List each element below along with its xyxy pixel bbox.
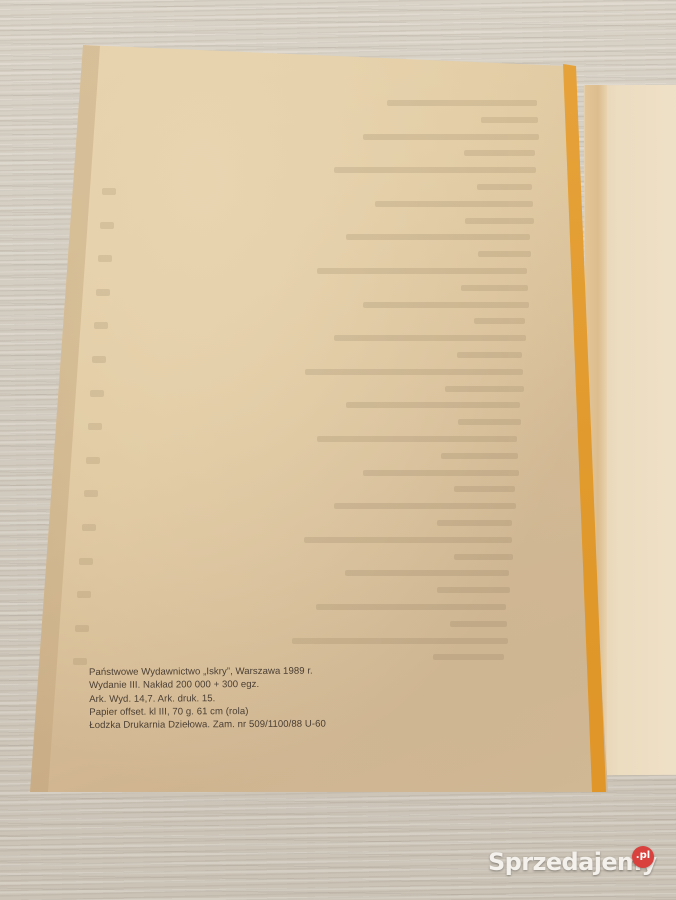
bleed-page-number bbox=[90, 390, 104, 397]
bleed-page-number bbox=[92, 356, 106, 363]
bleed-line bbox=[334, 335, 526, 341]
bleed-line bbox=[441, 453, 518, 459]
bleed-page-number bbox=[88, 423, 102, 430]
bleed-line bbox=[375, 201, 533, 207]
bleed-line bbox=[304, 537, 512, 543]
bleed-line bbox=[317, 268, 527, 274]
bleed-line bbox=[345, 570, 509, 576]
bleed-page-number bbox=[94, 322, 108, 329]
bleed-page-number bbox=[86, 457, 100, 464]
bleed-line bbox=[334, 167, 536, 173]
bleed-page-number bbox=[79, 558, 93, 565]
colophon-imprint: Państwowe Wydawnictwo „Iskry”, Warszawa … bbox=[89, 665, 326, 733]
bleed-line bbox=[387, 100, 537, 106]
bleed-page-number bbox=[96, 289, 110, 296]
watermark-badge: .pl bbox=[632, 846, 654, 868]
bleed-line bbox=[445, 386, 524, 392]
bleed-line bbox=[474, 318, 525, 324]
bleed-page-number bbox=[84, 490, 98, 497]
bleed-line bbox=[363, 470, 519, 476]
bleed-line bbox=[433, 654, 504, 660]
bleed-page-number bbox=[73, 658, 87, 665]
bleed-line bbox=[458, 419, 521, 425]
bleed-line bbox=[305, 369, 523, 375]
bleed-page-number bbox=[102, 188, 116, 195]
imprint-line: Łodzka Drukarnia Dziełowa. Zam. nr 509/1… bbox=[89, 718, 326, 733]
bleed-line bbox=[346, 402, 520, 408]
bleed-line bbox=[454, 554, 513, 560]
bleed-page-number bbox=[75, 625, 89, 632]
bleed-line bbox=[481, 117, 538, 123]
bleed-line bbox=[465, 218, 534, 224]
bleed-line bbox=[317, 436, 517, 442]
bleed-line bbox=[457, 352, 522, 358]
bleed-page-number bbox=[98, 255, 112, 262]
watermark-logo: Sprzedajemy bbox=[488, 848, 656, 876]
bleed-line bbox=[292, 638, 508, 644]
bleed-line bbox=[437, 587, 510, 593]
bleed-line bbox=[346, 234, 530, 240]
imprint-line: Państwowe Wydawnictwo „Iskry”, Warszawa … bbox=[89, 665, 326, 680]
bleed-line bbox=[450, 621, 507, 627]
bleed-line bbox=[461, 285, 528, 291]
bleed-line bbox=[363, 302, 529, 308]
bleed-page-number bbox=[82, 524, 96, 531]
bleed-line bbox=[478, 251, 531, 257]
bleed-line bbox=[363, 134, 539, 140]
bleed-line bbox=[464, 150, 535, 156]
bleed-line bbox=[454, 486, 515, 492]
bleed-page-number bbox=[77, 591, 91, 598]
bleed-line bbox=[477, 184, 532, 190]
bleed-line bbox=[316, 604, 506, 610]
bleed-line bbox=[437, 520, 512, 526]
bleed-page-number bbox=[100, 222, 114, 229]
bleed-line bbox=[334, 503, 516, 509]
